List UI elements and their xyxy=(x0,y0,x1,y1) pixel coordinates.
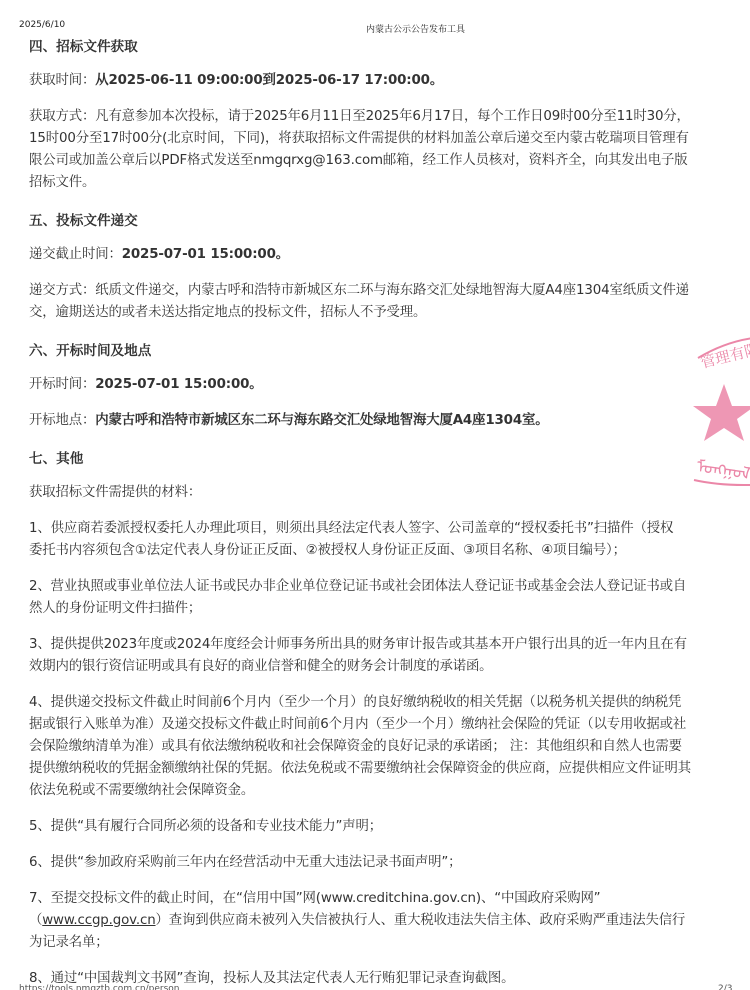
list-item-4: 4、提供递交投标文件截止时间前6个月内（至少一个月）的良好缴纳税收的相关凭据（以… xyxy=(29,692,729,802)
submit-deadline: 递交截止时间：2025-07-01 15:00:00。 xyxy=(29,244,729,266)
text-line: 4、提供递交投标文件截止时间前6个月内（至少一个月）的良好缴纳税收的相关凭据（以… xyxy=(29,692,729,714)
field-label: 递交截止时间： xyxy=(29,247,122,262)
field-value: 2025-07-01 15:00:00。 xyxy=(95,377,262,392)
text-fragment: ）查询到供应商未被列入失信被执行人、重大税收违法失信主体、政府采购严重违法失信行 xyxy=(156,913,686,928)
text-line: 3、提供提供2023年度或2024年度经会计师事务所出具的财务审计报告或其基本开… xyxy=(29,634,729,656)
text-line: 招标文件。 xyxy=(29,172,729,194)
print-footer: https://tools.nmgztb.com.cn/person 2/3 xyxy=(0,984,750,990)
section-heading: 七、其他 xyxy=(29,446,729,472)
text-line: 15时00分至17时00分(北京时间，下同)，将获取招标文件需提供的材料加盖公章… xyxy=(29,128,729,150)
text-line: 据或银行入账单为准）及递交投标文件截止时间前6个月内（至少一个月）缴纳社会保险的… xyxy=(29,714,729,736)
text-line: 限公司或加盖公章后以PDF格式发送至nmgqrxg@163.com邮箱，经工作人… xyxy=(29,150,729,172)
list-item-3: 3、提供提供2023年度或2024年度经会计师事务所出具的财务审计报告或其基本开… xyxy=(29,634,729,678)
text-line: 7、至提交投标文件的截止时间，在“信用中国”网(www.creditchina.… xyxy=(29,888,729,910)
footer-url: https://tools.nmgztb.com.cn/person xyxy=(19,984,179,990)
paren: （ xyxy=(29,913,42,928)
field-label: 开标时间： xyxy=(29,377,95,392)
ccgp-link[interactable]: www.ccgp.gov.cn xyxy=(42,913,155,928)
acquire-time: 获取时间：从2025-06-11 09:00:00到2025-06-17 17:… xyxy=(29,70,729,92)
list-item-5: 5、提供“具有履行合同所必须的设备和专业技术能力”声明； xyxy=(29,816,729,838)
section-heading: 四、招标文件获取 xyxy=(29,34,729,60)
text-line: 获取方式：凡有意参加本次投标，请于2025年6月11日至2025年6月17日，每… xyxy=(29,106,729,128)
text-line: 然人的身份证明文件扫描件； xyxy=(29,598,729,620)
section-4: 四、招标文件获取 获取时间：从2025-06-11 09:00:00到2025-… xyxy=(29,34,729,194)
text-line: 1、供应商若委派授权委托人办理此项目，则须出具经法定代表人签字、公司盖章的“授权… xyxy=(29,518,729,540)
section-7: 七、其他 获取招标文件需提供的材料： 1、供应商若委派授权委托人办理此项目，则须… xyxy=(29,446,729,990)
text-line: 会保险缴纳清单为准）或具有依法缴纳税收和社会保障资金的良好记录的承诺函； 注：其… xyxy=(29,736,729,758)
field-label: 开标地点： xyxy=(29,413,95,428)
field-label: 获取时间： xyxy=(29,73,95,88)
text-line: 委托书内容须包含①法定代表人身份证正反面、②被授权人身份证正反面、③项目名称、④… xyxy=(29,540,729,562)
text-line: （www.ccgp.gov.cn）查询到供应商未被列入失信被执行人、重大税收违法… xyxy=(29,910,729,932)
list-item-7: 7、至提交投标文件的截止时间，在“信用中国”网(www.creditchina.… xyxy=(29,888,729,954)
submit-method: 递交方式：纸质文件递交，内蒙古呼和浩特市新城区东二环与海东路交汇处绿地智海大厦A… xyxy=(29,280,729,324)
section-5: 五、投标文件递交 递交截止时间：2025-07-01 15:00:00。 递交方… xyxy=(29,208,729,324)
section-heading: 五、投标文件递交 xyxy=(29,208,729,234)
opening-time: 开标时间：2025-07-01 15:00:00。 xyxy=(29,374,729,396)
list-item-2: 2、营业执照或事业单位法人证书或民办非企业单位登记证书或社会团体法人登记证书或基… xyxy=(29,576,729,620)
text-line: 交，逾期送达的或者未送达指定地点的投标文件，招标人不予受理。 xyxy=(29,302,729,324)
list-item-1: 1、供应商若委派授权委托人办理此项目，则须出具经法定代表人签字、公司盖章的“授权… xyxy=(29,518,729,562)
opening-place: 开标地点：内蒙古呼和浩特市新城区东二环与海东路交汇处绿地智海大厦A4座1304室… xyxy=(29,410,729,432)
text-line: 为记录名单； xyxy=(29,932,729,954)
materials-intro: 获取招标文件需提供的材料： xyxy=(29,482,729,504)
field-value: 从2025-06-11 09:00:00到2025-06-17 17:00:00… xyxy=(95,73,443,88)
section-heading: 六、开标时间及地点 xyxy=(29,338,729,364)
text-line: 效期内的银行资信证明或具有良好的商业信誉和健全的财务会计制度的承诺函。 xyxy=(29,656,729,678)
text-line: 依法免税或不需要缴纳社会保障资金。 xyxy=(29,780,729,802)
footer-page-number: 2/3 xyxy=(718,984,732,990)
field-value: 内蒙古呼和浩特市新城区东二环与海东路交汇处绿地智海大厦A4座1304室。 xyxy=(95,413,548,428)
field-value: 2025-07-01 15:00:00。 xyxy=(122,247,289,262)
acquire-method: 获取方式：凡有意参加本次投标，请于2025年6月11日至2025年6月17日，每… xyxy=(29,106,729,194)
text-line: 递交方式：纸质文件递交，内蒙古呼和浩特市新城区东二环与海东路交汇处绿地智海大厦A… xyxy=(29,280,729,302)
section-6: 六、开标时间及地点 开标时间：2025-07-01 15:00:00。 开标地点… xyxy=(29,338,729,432)
print-date: 2025/6/10 xyxy=(19,20,65,30)
text-line: 提供缴纳税收的凭据金额缴纳社保的凭据。依法免税或不需要缴纳社会保障资金的供应商，… xyxy=(29,758,729,780)
text-line: 2、营业执照或事业单位法人证书或民办非企业单位登记证书或社会团体法人登记证书或基… xyxy=(29,576,729,598)
print-header: 2025/6/10 内蒙古公示公告发布工具 xyxy=(0,20,750,34)
list-item-6: 6、提供“参加政府采购前三年内在经营活动中无重大违法记录书面声明”； xyxy=(29,852,729,874)
